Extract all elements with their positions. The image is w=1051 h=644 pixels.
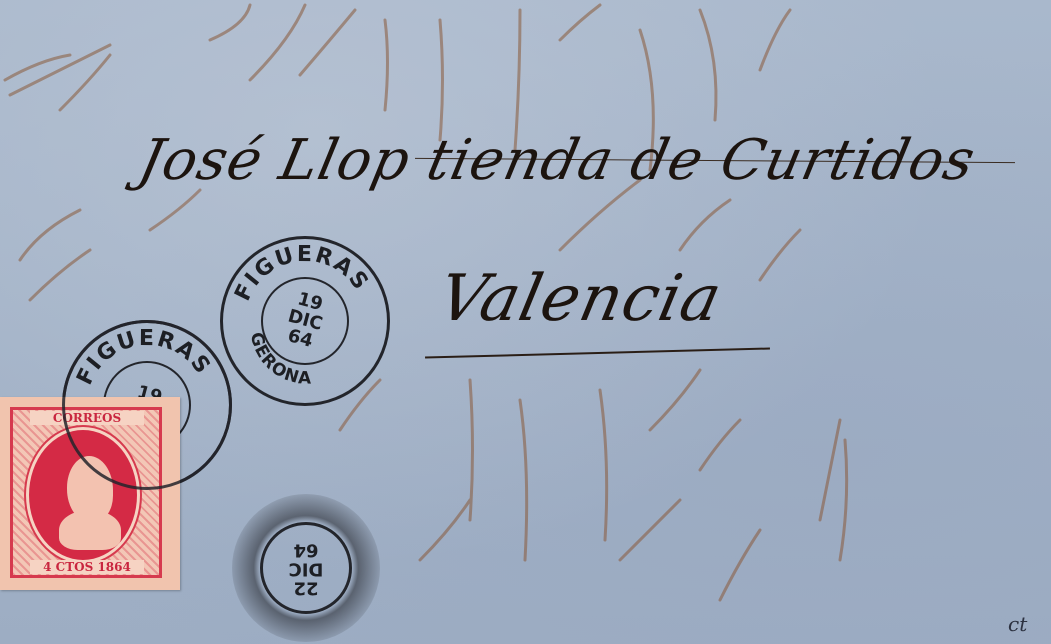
postmark-figueras-upper: FIGUERAS GERONA 19 DIC 64 <box>220 236 390 406</box>
addressee-name: José Llop tienda de Curtidos <box>133 128 981 193</box>
pencil-initials: ct <box>1008 612 1027 636</box>
svg-text:FIGUERAS: FIGUERAS <box>72 326 215 389</box>
postal-cover: José Llop tienda de Curtidos Valencia FI… <box>0 0 1051 644</box>
postmark-date: 22 DIC 64 <box>289 540 324 597</box>
postmark-arrival: 22 DIC 64 <box>232 494 380 642</box>
stamp-portrait-oval <box>26 427 140 563</box>
stamp-value-text: 4 CTOS 1864 <box>30 560 144 574</box>
stamp-top-text: CORREOS <box>30 411 144 425</box>
postage-stamp: CORREOS 4 CTOS 1864 <box>0 397 180 590</box>
destination-city: Valencia <box>432 262 728 336</box>
